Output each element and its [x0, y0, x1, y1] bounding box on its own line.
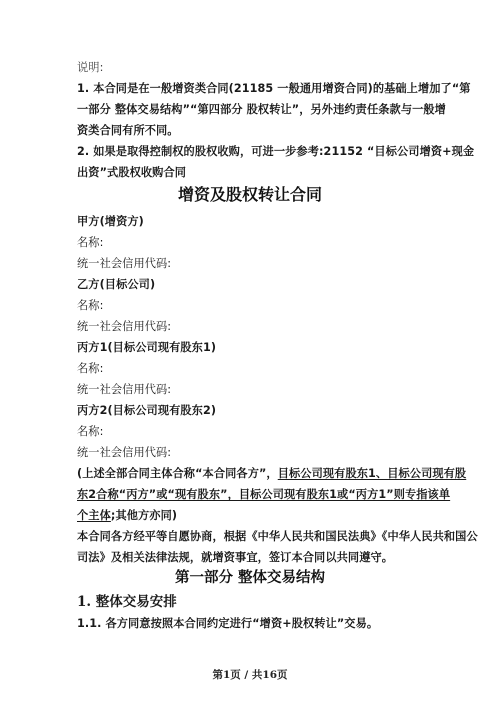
party-c2-code-label: 统一社会信用代码: — [77, 446, 423, 460]
party-b-name-label: 名称: — [77, 299, 423, 313]
party-a-code-label: 统一社会信用代码: — [77, 257, 423, 271]
preamble-line-2: 司法》及相关法律法规，就增资事宜，签订本合同以共同遵守。 — [77, 551, 423, 565]
collective-line-1-underlined: 目标公司现有股东1、目标公司现有股 — [278, 467, 467, 480]
party-a-heading: 甲方(增资方) — [77, 215, 423, 229]
party-c2-name-label: 名称: — [77, 425, 423, 439]
party-c1-name-label: 名称: — [77, 362, 423, 376]
party-c1-code-label: 统一社会信用代码: — [77, 383, 423, 397]
collective-line-3: 个主体;其他方亦同) — [77, 509, 423, 523]
party-c2-heading: 丙方2(目标公司现有股东2) — [77, 404, 423, 418]
party-a-name-label: 名称: — [77, 236, 423, 250]
note-item-1-line-2: 一部分 整体交易结构”“第四部分 股权转让”，另外违约责任条款与一般增 — [77, 103, 423, 117]
collective-line-2-underlined: 东2合称“丙方”或“现有股东”，目标公司现有股东1或“丙方1”则专指该单 — [77, 488, 450, 501]
collective-line-3-underlined: 个主体 — [77, 509, 111, 522]
notes-label: 说明: — [77, 61, 423, 75]
page-indicator: 第1页 / 共16页 — [0, 667, 500, 682]
collective-line-2: 东2合称“丙方”或“现有股东”，目标公司现有股东1或“丙方1”则专指该单 — [77, 488, 423, 502]
collective-line-3-plain: ;其他方亦同) — [111, 509, 177, 522]
note-item-2-line-2: 出资”式股权收购合同 — [77, 166, 423, 180]
party-b-code-label: 统一社会信用代码: — [77, 320, 423, 334]
note-item-1-line-1: 1. 本合同是在一般增资类合同(21185 一般通用增资合同)的基础上增加了“第 — [77, 82, 423, 96]
party-c1-heading: 丙方1(目标公司现有股东1) — [77, 341, 423, 355]
note-item-2-line-1: 2. 如果是取得控制权的股权收购，可进一步参考:21152 “目标公司增资+现金 — [77, 145, 423, 159]
part-1-heading: 第一部分 整体交易结构 — [0, 567, 500, 589]
party-b-heading: 乙方(目标公司) — [77, 278, 423, 292]
collective-line-1: (上述全部合同主体合称“本合同各方”，目标公司现有股东1、目标公司现有股 — [77, 467, 423, 481]
collective-line-1-plain: (上述全部合同主体合称“本合同各方”， — [77, 467, 278, 480]
preamble-line-1: 本合同各方经平等自愿协商，根据《中华人民共和国民法典》《中华人民共和国公 — [77, 530, 423, 544]
document-title: 增资及股权转让合同 — [0, 184, 500, 206]
clause-1-1: 1.1. 各方同意按照本合同约定进行“增资+股权转让”交易。 — [77, 617, 423, 631]
note-item-1-line-3: 资类合同有所不同。 — [77, 124, 423, 138]
section-1-heading: 1. 整体交易安排 — [77, 593, 177, 611]
document-page: 说明: 1. 本合同是在一般增资类合同(21185 一般通用增资合同)的基础上增… — [0, 0, 500, 708]
